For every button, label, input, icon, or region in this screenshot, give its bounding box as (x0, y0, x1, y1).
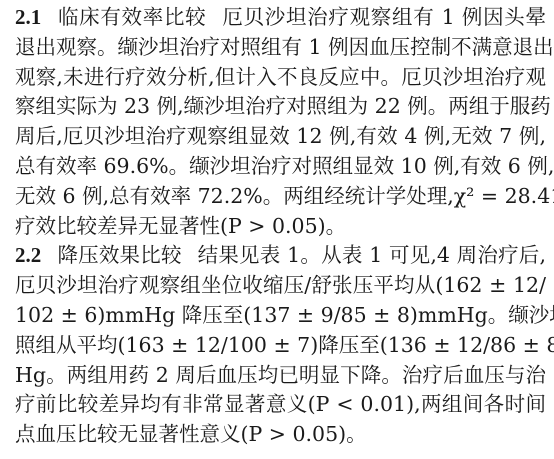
paragraph-line: 照组从平均(163 ± 12/100 ± 7)降压至(136 ± 12/86 ±… (15, 331, 546, 361)
section-heading-line: 2.2降压效果比较结果见表 1。从表 1 可见,4 周治疗后, (15, 241, 546, 271)
paragraph-line: 无效 6 例,总有效率 72.2%。两组经统计学处理,χ² = 28.41, (15, 182, 546, 212)
paragraph-line: 周后,厄贝沙坦治疗观察组显效 12 例,有效 4 例,无效 7 例, (15, 122, 546, 152)
paragraph-line: 结果见表 1。从表 1 可见,4 周治疗后, (198, 243, 546, 267)
section-number: 2.2 (15, 243, 41, 267)
section-clinical-efficacy: 2.1临床有效率比较厄贝沙坦治疗观察组有 1 例因头晕 退出观察。缬沙坦治疗对照… (15, 3, 546, 241)
paragraph-line: 厄贝沙坦治疗观察组有 1 例因头晕 (222, 5, 546, 29)
section-bp-lowering: 2.2降压效果比较结果见表 1。从表 1 可见,4 周治疗后, 厄贝沙坦治疗观察… (15, 241, 546, 450)
paragraph-line: 总有效率 69.6%。缬沙坦治疗对照组显效 10 例,有效 6 例, (15, 152, 546, 182)
paragraph-line: 102 ± 6)mmHg 降压至(137 ± 9/85 ± 8)mmHg。缬沙坦… (15, 301, 546, 331)
paragraph-line: 退出观察。缬沙坦治疗对照组有 1 例因血压控制不满意退出 (15, 33, 546, 63)
section-title: 临床有效率比较 (57, 5, 206, 29)
paragraph-line: 疗前比较差异均有非常显著意义(P < 0.01),两组间各时间 (15, 390, 546, 420)
paragraph-line: 观察,未进行疗效分析,但计入不良反应中。厄贝沙坦治疗观 (15, 63, 546, 93)
section-number: 2.1 (15, 5, 41, 29)
paragraph-line: 点血压比较无显著性意义(P > 0.05)。 (15, 420, 546, 450)
paragraph-line: 厄贝沙坦治疗观察组坐位收缩压/舒张压平均从(162 ± 12/ (15, 271, 546, 301)
document-page: 2.1临床有效率比较厄贝沙坦治疗观察组有 1 例因头晕 退出观察。缬沙坦治疗对照… (0, 0, 554, 459)
paragraph-line: 疗效比较差异无显著性(P > 0.05)。 (15, 212, 546, 242)
section-title: 降压效果比较 (57, 243, 181, 267)
paragraph-line: 察组实际为 23 例,缬沙坦治疗对照组为 22 例。两组于服药 4 (15, 92, 546, 122)
section-heading-line: 2.1临床有效率比较厄贝沙坦治疗观察组有 1 例因头晕 (15, 3, 546, 33)
paragraph-line: Hg。两组用药 2 周后血压均已明显下降。治疗后血压与治 (15, 361, 546, 391)
